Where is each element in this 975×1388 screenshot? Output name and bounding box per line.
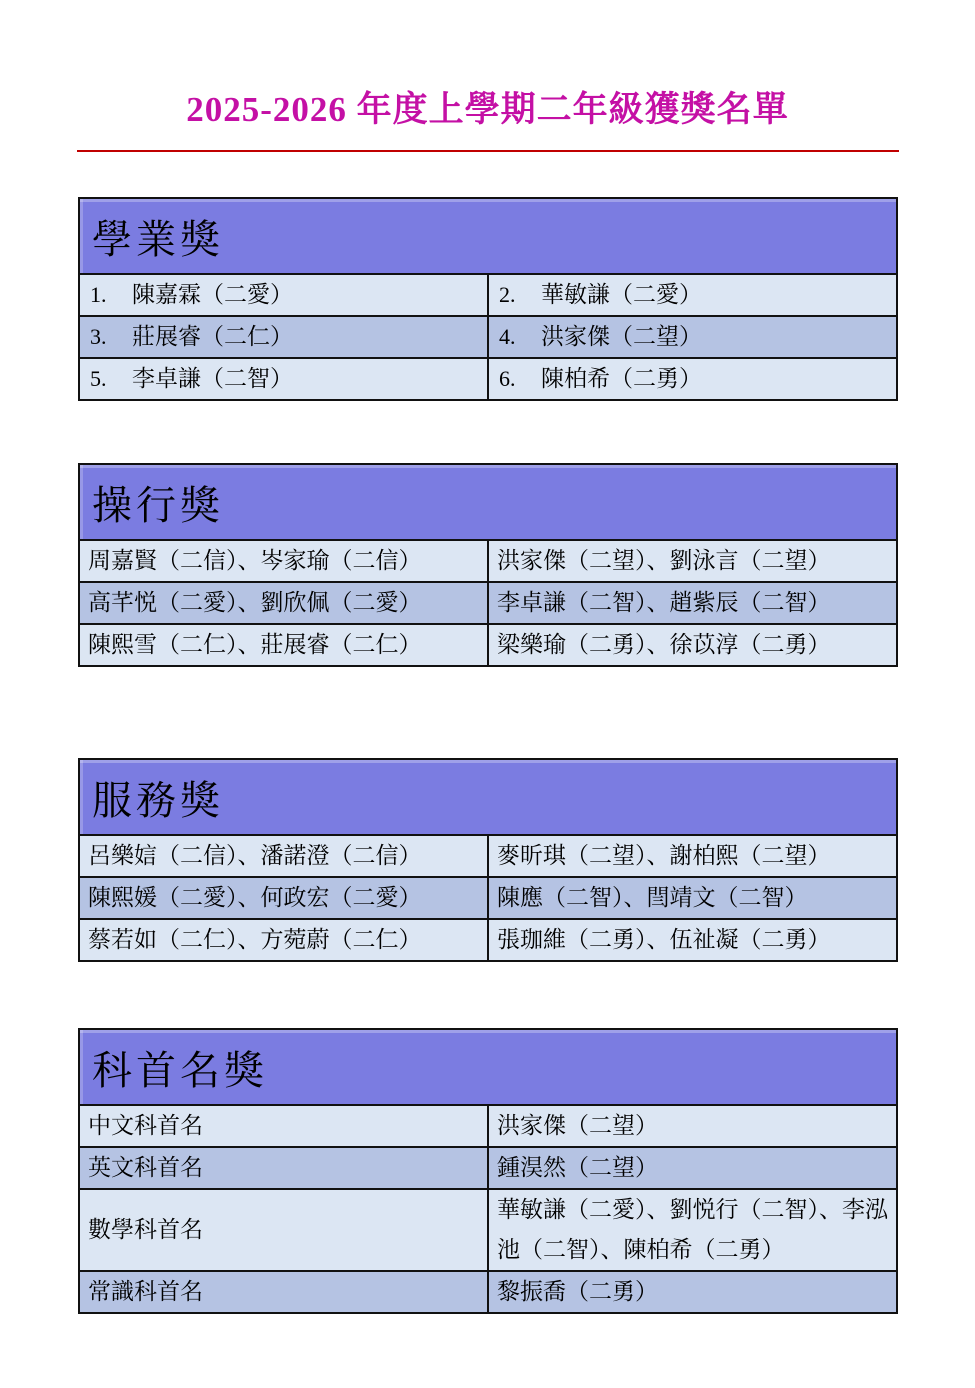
table-cell: 張珈維（二勇）、伍祉凝（二勇） — [488, 919, 897, 961]
award-number: 5. — [88, 359, 132, 399]
conduct-award-header: 操行獎 — [79, 464, 897, 540]
subject-label: 中文科首名 — [79, 1105, 488, 1147]
subject-award-header: 科首名獎 — [79, 1029, 897, 1105]
student-name: 莊展睿（二仁） — [132, 324, 293, 349]
table-header-row: 學業獎 — [79, 198, 897, 274]
table-cell: 蔡若如（二仁）、方菀蔚（二仁） — [79, 919, 488, 961]
table-row: 周嘉賢（二信）、岑家瑜（二信） 洪家傑（二望）、劉泳言（二望） — [79, 540, 897, 582]
table-cell: 6.陳柏希（二勇） — [488, 358, 897, 400]
table-cell: 李卓謙（二智）、趙紫辰（二智） — [488, 582, 897, 624]
table-header-row: 操行獎 — [79, 464, 897, 540]
table-cell: 周嘉賢（二信）、岑家瑜（二信） — [79, 540, 488, 582]
table-header-row: 服務獎 — [79, 759, 897, 835]
subject-label: 英文科首名 — [79, 1147, 488, 1189]
table-row: 英文科首名 鍾淏然（二望） — [79, 1147, 897, 1189]
student-name: 陳嘉霖（二愛） — [132, 282, 293, 307]
table-row: 呂樂娮（二信）、潘諾澄（二信） 麥昕琪（二望）、謝柏熙（二望） — [79, 835, 897, 877]
subject-winners: 鍾淏然（二望） — [488, 1147, 897, 1189]
student-name: 陳柏希（二勇） — [541, 366, 702, 391]
table-cell: 陳應（二智）、閆靖文（二智） — [488, 877, 897, 919]
table-row: 中文科首名 洪家傑（二望） — [79, 1105, 897, 1147]
service-award-header: 服務獎 — [79, 759, 897, 835]
award-number: 3. — [88, 317, 132, 357]
table-cell: 1.陳嘉霖（二愛） — [79, 274, 488, 316]
student-name: 華敏謙（二愛） — [541, 282, 702, 307]
award-number: 6. — [497, 359, 541, 399]
academic-award-table: 學業獎 1.陳嘉霖（二愛） 2.華敏謙（二愛） 3.莊展睿（二仁） 4.洪家傑（… — [78, 197, 898, 401]
table-row: 數學科首名 華敏謙（二愛）、劉悦行（二智）、李泓池（二智）、陳柏希（二勇） — [79, 1189, 897, 1271]
table-cell: 5.李卓謙（二智） — [79, 358, 488, 400]
subject-winners: 洪家傑（二望） — [488, 1105, 897, 1147]
subject-winners: 華敏謙（二愛）、劉悦行（二智）、李泓池（二智）、陳柏希（二勇） — [488, 1189, 897, 1271]
table-cell: 3.莊展睿（二仁） — [79, 316, 488, 358]
award-number: 4. — [497, 317, 541, 357]
subject-label: 常識科首名 — [79, 1271, 488, 1313]
title-underline-rule — [77, 150, 899, 152]
document-title: 2025-2026 年度上學期二年級獲獎名單 — [0, 82, 975, 132]
table-header-row: 科首名獎 — [79, 1029, 897, 1105]
award-number: 1. — [88, 275, 132, 315]
table-cell: 高芊悦（二愛）、劉欣佩（二愛） — [79, 582, 488, 624]
table-row: 常識科首名 黎振喬（二勇） — [79, 1271, 897, 1313]
table-cell: 洪家傑（二望）、劉泳言（二望） — [488, 540, 897, 582]
table-cell: 2.華敏謙（二愛） — [488, 274, 897, 316]
table-row: 5.李卓謙（二智） 6.陳柏希（二勇） — [79, 358, 897, 400]
academic-award-header: 學業獎 — [79, 198, 897, 274]
table-row: 3.莊展睿（二仁） 4.洪家傑（二望） — [79, 316, 897, 358]
table-cell: 4.洪家傑（二望） — [488, 316, 897, 358]
student-name: 李卓謙（二智） — [132, 366, 293, 391]
conduct-award-table: 操行獎 周嘉賢（二信）、岑家瑜（二信） 洪家傑（二望）、劉泳言（二望） 高芊悦（… — [78, 463, 898, 667]
subject-winners: 黎振喬（二勇） — [488, 1271, 897, 1313]
table-row: 高芊悦（二愛）、劉欣佩（二愛） 李卓謙（二智）、趙紫辰（二智） — [79, 582, 897, 624]
table-row: 陳熙雪（二仁）、莊展睿（二仁） 梁樂瑜（二勇）、徐苡淳（二勇） — [79, 624, 897, 666]
table-cell: 梁樂瑜（二勇）、徐苡淳（二勇） — [488, 624, 897, 666]
table-row: 1.陳嘉霖（二愛） 2.華敏謙（二愛） — [79, 274, 897, 316]
table-row: 陳熙媛（二愛）、何政宏（二愛） 陳應（二智）、閆靖文（二智） — [79, 877, 897, 919]
table-cell: 陳熙媛（二愛）、何政宏（二愛） — [79, 877, 488, 919]
table-cell: 呂樂娮（二信）、潘諾澄（二信） — [79, 835, 488, 877]
table-cell: 陳熙雪（二仁）、莊展睿（二仁） — [79, 624, 488, 666]
table-cell: 麥昕琪（二望）、謝柏熙（二望） — [488, 835, 897, 877]
service-award-table: 服務獎 呂樂娮（二信）、潘諾澄（二信） 麥昕琪（二望）、謝柏熙（二望） 陳熙媛（… — [78, 758, 898, 962]
subject-award-table: 科首名獎 中文科首名 洪家傑（二望） 英文科首名 鍾淏然（二望） 數學科首名 華… — [78, 1028, 898, 1314]
award-number: 2. — [497, 275, 541, 315]
student-name: 洪家傑（二望） — [541, 324, 702, 349]
table-row: 蔡若如（二仁）、方菀蔚（二仁） 張珈維（二勇）、伍祉凝（二勇） — [79, 919, 897, 961]
subject-label: 數學科首名 — [79, 1189, 488, 1271]
